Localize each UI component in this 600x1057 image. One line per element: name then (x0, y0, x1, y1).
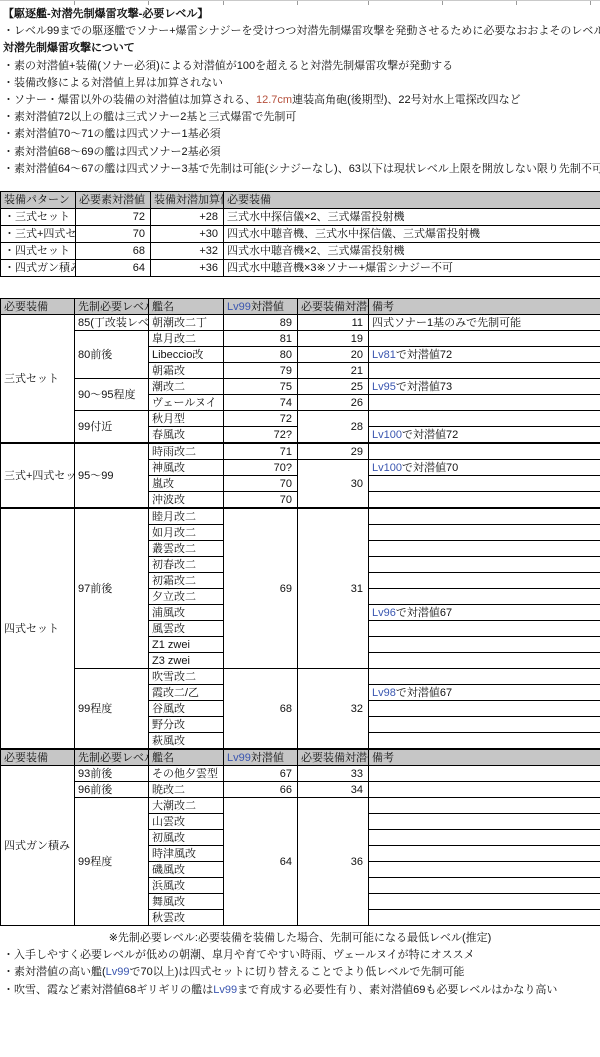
asw-value-cell: 70? (224, 460, 298, 476)
remark-cell: Lv95で対潜値73 (369, 379, 600, 395)
ship-name-cell: 谷風改 (149, 701, 224, 717)
remark-cell (369, 492, 600, 509)
remark-cell: Lv98で対潜値67 (369, 685, 600, 701)
header-cell: 装備対潜加算値 (151, 192, 224, 209)
level-cell: 99付近 (75, 411, 149, 444)
asw-value-cell: 68 (224, 669, 298, 750)
pattern-cell: ・三式セット (1, 209, 76, 226)
ship-name-cell: 嵐改 (149, 476, 224, 492)
table-row: ・四式セット68+32四式水中聴音機×2、三式爆雷投射機 (1, 243, 600, 260)
remark-cell (369, 637, 600, 653)
base-asw-cell: 72 (76, 209, 151, 226)
required-equip-asw-cell: 31 (298, 508, 369, 669)
required-equip-asw-cell: 26 (298, 395, 369, 411)
table-row: ・四式ガン積み64+36四式水中聴音機×3※ソナー+爆雷シナジー不可 (1, 260, 600, 277)
ship-name-cell: 朝霜改 (149, 363, 224, 379)
asw-value-cell: 69 (224, 508, 298, 669)
level-cell: 93前後 (75, 766, 149, 782)
level-cell: 96前後 (75, 782, 149, 798)
asw-bonus-cell: +30 (151, 226, 224, 243)
asw-value-cell: 70 (224, 476, 298, 492)
ship-name-cell: 大潮改二 (149, 798, 224, 814)
ship-name-cell: 神風改 (149, 460, 224, 476)
ship-name-cell: 野分改 (149, 717, 224, 733)
remark-cell (369, 573, 600, 589)
header-cell: Lv99対潜値 (224, 299, 298, 315)
table-row: 三式セット85(丁改装レベル)朝潮改二丁8911四式ソナー1基のみで先制可能 (1, 315, 600, 331)
level-cell: 99程度 (75, 669, 149, 750)
level-cell: 95〜99 (75, 443, 149, 508)
equipment-cell: 四式水中聴音機、三式水中探信儀、三式爆雷投射機 (224, 226, 600, 243)
asw-value-cell: 64 (224, 798, 298, 926)
ship-name-cell: 時津風改 (149, 846, 224, 862)
page-title: 【駆逐艦-対潜先制爆雷攻撃-必要レベル】 (3, 6, 600, 23)
table-row: 99程度大潮改二6436 (1, 798, 600, 814)
required-equip-asw-cell: 19 (298, 331, 369, 347)
footnotes-block: ※先制必要レベル:必要装備を装備した場合、先制可能になる最低レベル(推定) ・入… (0, 930, 600, 999)
ship-name-cell: 初風改 (149, 830, 224, 846)
ship-name-cell: 浜風改 (149, 878, 224, 894)
header-cell: 必要素対潜値 (76, 192, 151, 209)
header-cell: 必要装備 (224, 192, 600, 209)
asw-value-cell: 71 (224, 443, 298, 460)
equipment-cell: 三式水中探信儀×2、三式爆雷投射機 (224, 209, 600, 226)
intro-line: ・ソナー・爆雷以外の装備の対潜値は加算される、12.7cm連装高角砲(後期型)、… (3, 92, 600, 109)
intro-line: ・装備改修による対潜値上昇は加算されない (3, 75, 600, 92)
table-row: 80前後皐月改二8119 (1, 331, 600, 347)
intro-line: ・素対潜値70〜71の艦は四式ソナー1基必須 (3, 126, 600, 143)
header-cell: 必要装備対潜値 (298, 749, 369, 766)
intro-line: ・素対潜値72以上の艦は三式ソナー2基と三式爆雷で先制可 (3, 109, 600, 126)
header-cell: 必要装備 (1, 749, 75, 766)
asw-value-cell: 70 (224, 492, 298, 509)
header-cell: Lv99対潜値 (224, 749, 298, 766)
footnote-bullets: ・入手しやすく必要レベルが低めの朝潮、皐月や育てやすい時雨、ヴェールヌイが特にオ… (0, 947, 600, 999)
remark-cell (369, 814, 600, 830)
equipment-pattern-table: 装備パターン必要素対潜値装備対潜加算値必要装備・三式セット72+28三式水中探信… (0, 191, 600, 277)
remark-cell (369, 733, 600, 750)
required-equip-asw-cell: 33 (298, 766, 369, 782)
ship-name-cell: 秋月型 (149, 411, 224, 427)
intro-lines: ・レベル99までの駆逐艦でソナー+爆雷シナジーを受けつつ対潜先制爆雷攻撃を発動さ… (3, 23, 600, 178)
ship-name-cell: 皐月改二 (149, 331, 224, 347)
required-equip-asw-cell: 28 (298, 411, 369, 444)
asw-value-cell: 72? (224, 427, 298, 444)
ship-name-cell: 磯風改 (149, 862, 224, 878)
ship-level-table-body: 必要装備先制必要レベル艦名Lv99対潜値必要装備対潜値備考三式セット85(丁改装… (1, 299, 600, 926)
ship-name-cell: 暁改二 (149, 782, 224, 798)
equipment-cell: 四式水中聴音機×3※ソナー+爆雷シナジー不可 (224, 260, 600, 277)
equip-group-cell: 三式セット (1, 315, 75, 444)
equip-group-cell: 三式+四式セット (1, 443, 75, 508)
ship-name-cell: 山雲改 (149, 814, 224, 830)
required-equip-asw-cell: 32 (298, 669, 369, 750)
required-equip-asw-cell: 36 (298, 798, 369, 926)
remark-cell (369, 862, 600, 878)
asw-value-cell: 80 (224, 347, 298, 363)
remark-cell: Lv100で対潜値72 (369, 427, 600, 444)
remark-cell (369, 846, 600, 862)
remark-cell (369, 830, 600, 846)
asw-bonus-cell: +32 (151, 243, 224, 260)
ship-name-cell: 風雲改 (149, 621, 224, 637)
intro-line: ・素の対潜値+装備(ソナー必須)による対潜値が100を超えると対潜先制爆雷攻撃が… (3, 58, 600, 75)
ship-name-cell: 如月改二 (149, 525, 224, 541)
header-cell: 先制必要レベル (75, 299, 149, 315)
pattern-cell: ・四式ガン積み (1, 260, 76, 277)
required-equip-asw-cell: 25 (298, 379, 369, 395)
level-cell: 90〜95程度 (75, 379, 149, 411)
level-cell: 99程度 (75, 798, 149, 926)
table-row: 99程度吹雪改二6832 (1, 669, 600, 685)
table-row: 四式ガン積み93前後その他夕雲型6733 (1, 766, 600, 782)
remark-cell (369, 717, 600, 733)
ship-name-cell: 叢雲改二 (149, 541, 224, 557)
equipment-pattern-table-body: 装備パターン必要素対潜値装備対潜加算値必要装備・三式セット72+28三式水中探信… (1, 192, 600, 277)
asw-value-cell: 66 (224, 782, 298, 798)
header-cell: 備考 (369, 749, 600, 766)
remark-cell (369, 525, 600, 541)
table-row: 96前後暁改二6634 (1, 782, 600, 798)
header-cell: 先制必要レベル (75, 749, 149, 766)
ship-name-cell: 霞改二/乙 (149, 685, 224, 701)
table-row: 90〜95程度潮改二7525Lv95で対潜値73 (1, 379, 600, 395)
ship-name-cell: 初春改二 (149, 557, 224, 573)
remark-cell: 四式ソナー1基のみで先制可能 (369, 315, 600, 331)
pattern-cell: ・四式セット (1, 243, 76, 260)
asw-value-cell: 79 (224, 363, 298, 379)
remark-cell (369, 910, 600, 926)
remark-cell (369, 331, 600, 347)
table-row: 三式+四式セット95〜99時雨改二7129 (1, 443, 600, 460)
footnote-line: ・素対潜値の高い艦(Lv99で70以上)は四式セットに切り替えることでより低レベ… (0, 964, 600, 981)
remark-cell (369, 476, 600, 492)
intro-line: ・素対潜値64〜67の艦は四式ソナー3基で先制は可能(シナジーなし)、63以下は… (3, 161, 600, 178)
table-row: 必要装備先制必要レベル艦名Lv99対潜値必要装備対潜値備考 (1, 299, 600, 315)
remark-cell (369, 669, 600, 685)
remark-cell (369, 395, 600, 411)
ship-name-cell: 沖波改 (149, 492, 224, 509)
asw-bonus-cell: +28 (151, 209, 224, 226)
ship-name-cell: 舞風改 (149, 894, 224, 910)
ship-name-cell: 潮改二 (149, 379, 224, 395)
ship-name-cell: その他夕雲型 (149, 766, 224, 782)
asw-value-cell: 75 (224, 379, 298, 395)
base-asw-cell: 70 (76, 226, 151, 243)
remark-cell (369, 798, 600, 814)
level-cell: 85(丁改装レベル) (75, 315, 149, 331)
header-cell: 装備パターン (1, 192, 76, 209)
ship-name-cell: 秋雲改 (149, 910, 224, 926)
header-cell: 必要装備対潜値 (298, 299, 369, 315)
header-cell: 備考 (369, 299, 600, 315)
remark-cell (369, 363, 600, 379)
required-equip-asw-cell: 34 (298, 782, 369, 798)
required-equip-asw-cell: 11 (298, 315, 369, 331)
required-equip-asw-cell: 20 (298, 347, 369, 363)
intro-block: 【駆逐艦-対潜先制爆雷攻撃-必要レベル】 ・レベル99までの駆逐艦でソナー+爆雷… (0, 5, 600, 178)
remark-cell (369, 894, 600, 910)
ship-name-cell: 吹雪改二 (149, 669, 224, 685)
equipment-cell: 四式水中聴音機×2、三式爆雷投射機 (224, 243, 600, 260)
header-cell: 艦名 (149, 749, 224, 766)
required-equip-asw-cell: 29 (298, 443, 369, 460)
remark-cell (369, 653, 600, 669)
equip-group-cell: 四式セット (1, 508, 75, 749)
remark-cell (369, 557, 600, 573)
remark-cell (369, 443, 600, 460)
intro-line: ・レベル99までの駆逐艦でソナー+爆雷シナジーを受けつつ対潜先制爆雷攻撃を発動さ… (3, 23, 600, 40)
required-equip-asw-cell: 21 (298, 363, 369, 379)
ship-name-cell: 春風改 (149, 427, 224, 444)
ship-name-cell: 睦月改二 (149, 508, 224, 525)
pattern-cell: ・三式+四式セット (1, 226, 76, 243)
equip-group-cell: 四式ガン積み (1, 766, 75, 926)
ship-name-cell: 時雨改二 (149, 443, 224, 460)
intro-line: 対潜先制爆雷攻撃について (3, 40, 600, 57)
footnote-caption: ※先制必要レベル:必要装備を装備した場合、先制可能になる最低レベル(推定) (0, 930, 600, 947)
table-row: ・三式セット72+28三式水中探信儀×2、三式爆雷投射機 (1, 209, 600, 226)
remark-cell (369, 541, 600, 557)
remark-cell (369, 589, 600, 605)
spreadsheet-column-ticks (0, 0, 600, 5)
header-cell: 艦名 (149, 299, 224, 315)
table-row: 必要装備先制必要レベル艦名Lv99対潜値必要装備対潜値備考 (1, 749, 600, 766)
asw-value-cell: 72 (224, 411, 298, 427)
asw-bonus-cell: +36 (151, 260, 224, 277)
ship-name-cell: 浦風改 (149, 605, 224, 621)
ship-name-cell: 初霜改二 (149, 573, 224, 589)
table-row: 99付近秋月型7228 (1, 411, 600, 427)
remark-cell (369, 878, 600, 894)
asw-value-cell: 67 (224, 766, 298, 782)
remark-cell (369, 508, 600, 525)
level-cell: 80前後 (75, 331, 149, 379)
base-asw-cell: 64 (76, 260, 151, 277)
footnote-line: ・吹雪、霞など素対潜値68ギリギリの艦はLv99まで育成する必要性有り、素対潜値… (0, 982, 600, 999)
ship-name-cell: Z1 zwei (149, 637, 224, 653)
remark-cell (369, 411, 600, 427)
ship-name-cell: 朝潮改二丁 (149, 315, 224, 331)
table-row: 四式セット97前後睦月改二6931 (1, 508, 600, 525)
required-equip-asw-cell: 30 (298, 460, 369, 509)
ship-level-table: 必要装備先制必要レベル艦名Lv99対潜値必要装備対潜値備考三式セット85(丁改装… (0, 298, 600, 926)
asw-value-cell: 81 (224, 331, 298, 347)
remark-cell: Lv81で対潜値72 (369, 347, 600, 363)
ship-name-cell: Z3 zwei (149, 653, 224, 669)
header-cell: 必要装備 (1, 299, 75, 315)
remark-cell: Lv100で対潜値70 (369, 460, 600, 476)
ship-name-cell: 萩風改 (149, 733, 224, 750)
remark-cell (369, 766, 600, 782)
remark-cell (369, 782, 600, 798)
table-row: 装備パターン必要素対潜値装備対潜加算値必要装備 (1, 192, 600, 209)
remark-cell (369, 621, 600, 637)
footnote-line: ・入手しやすく必要レベルが低めの朝潮、皐月や育てやすい時雨、ヴェールヌイが特にオ… (0, 947, 600, 964)
level-cell: 97前後 (75, 508, 149, 669)
remark-cell: Lv96で対潜値67 (369, 605, 600, 621)
table-row: ・三式+四式セット70+30四式水中聴音機、三式水中探信儀、三式爆雷投射機 (1, 226, 600, 243)
intro-line: ・素対潜値68〜69の艦は四式ソナー2基必須 (3, 144, 600, 161)
ship-name-cell: 夕立改二 (149, 589, 224, 605)
remark-cell (369, 701, 600, 717)
ship-name-cell: Libeccio改 (149, 347, 224, 363)
ship-name-cell: ヴェールヌイ (149, 395, 224, 411)
asw-value-cell: 74 (224, 395, 298, 411)
base-asw-cell: 68 (76, 243, 151, 260)
asw-value-cell: 89 (224, 315, 298, 331)
